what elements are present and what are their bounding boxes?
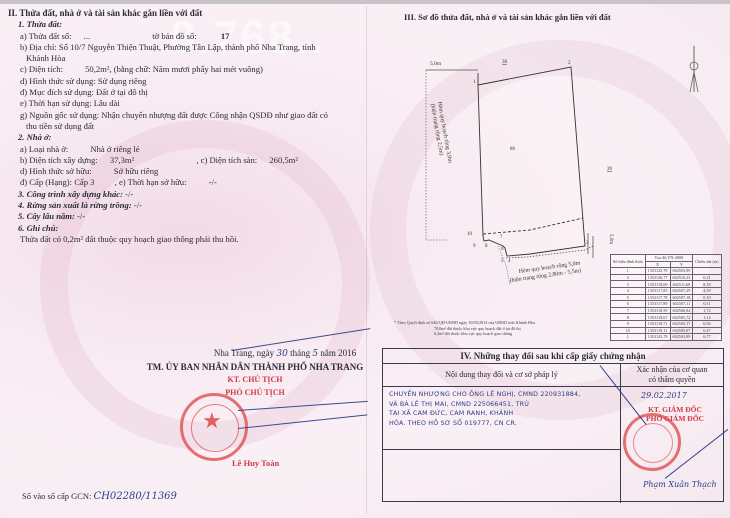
confirm-title: KT. GIÁM ĐỐC PHÓ GIÁM ĐỐC — [635, 405, 715, 423]
top-width-label: 5,0m — [430, 61, 441, 67]
svg-text:9: 9 — [473, 244, 476, 249]
svg-text:6: 6 — [501, 247, 504, 252]
scan-top-edge — [0, 0, 730, 4]
land-area: c) Diện tích: 50,2m², (bằng chữ: Năm mươ… — [8, 64, 363, 75]
signer-name: Lê Huy Toàn — [232, 458, 279, 468]
confirm-signer: Phạm Xuân Thạch — [643, 480, 717, 489]
land-use-purpose: đ) Mục đích sử dụng: Đất ở tại đô thị — [8, 87, 363, 98]
table-row: 101353119,11602505,070,47 — [611, 327, 722, 334]
section-3-title: III. Sơ đồ thửa đất, nhà ở và tài sản kh… — [404, 12, 611, 22]
page-fold — [366, 6, 367, 514]
issuer-signature-block: Nha Trang, ngày 30 tháng 5 năm 2016 TM. … — [130, 348, 380, 398]
svg-text:4: 4 — [508, 259, 511, 264]
confirm-date: 29.02.2017 — [641, 391, 687, 400]
col-confirmation: Xác nhận của cơ quan có thẩm quyền — [621, 364, 723, 386]
svg-text:1: 1 — [473, 80, 476, 85]
note-text: Thửa đất có 0,2m² đất thuộc quy hoạch gi… — [8, 234, 363, 245]
table-row: 91353118,71602505,170,56 — [611, 320, 722, 327]
gcn-register-number: Số vào sổ cấp GCN: CH02280/11369 — [22, 491, 177, 502]
section-land-house: II. Thửa đất, nhà ở và tài sản khác gắn … — [8, 8, 363, 245]
change-entry: CHUYỂN NHƯỢNG CHO ÔNG LÊ NGHỊ, CMND 2209… — [383, 387, 621, 503]
land-use-term: e) Thời hạn sử dụng: Lâu dài — [8, 98, 363, 109]
table-row: 21353126,77602510,236,31 — [611, 274, 722, 281]
table-row: 11353125,79602503,99 — [611, 268, 722, 275]
land-address: b) Địa chỉ: Số 10/7 Nguyễn Thiện Thuật, … — [8, 42, 363, 53]
land-address-cont: Khánh Hòa — [8, 53, 363, 64]
col-vertex: Số hiệu đỉnh thửa — [611, 255, 646, 268]
svg-text:8: 8 — [485, 244, 488, 249]
production-forest: 4. Rừng sản xuất là rừng trồng: -/- — [8, 200, 363, 211]
table-row: 41353117,83602507,294,39 — [611, 287, 722, 294]
perennial-trees: 5. Cây lâu năm: -/- — [8, 211, 363, 222]
svg-text:38: 38 — [502, 60, 508, 65]
land-use-form: d) Hình thức sử dụng: Sử dụng riêng — [8, 76, 363, 87]
house-ownership: d) Hình thức sở hữu: Sở hữu riêng — [8, 166, 363, 177]
svg-text:10: 10 — [467, 232, 473, 237]
table-row: 31353118,69602511,608,18 — [611, 281, 722, 288]
land-heading: 1. Thửa đất: — [8, 19, 363, 30]
issue-date: Nha Trang, ngày 30 tháng 5 năm 2016 — [160, 348, 410, 359]
svg-text:5,0m: 5,0m — [608, 234, 613, 244]
house-grade: đ) Cấp (Hạng): Cấp 3 , e) Thời hạn sở hữ… — [8, 177, 363, 188]
diagram-footnote: * Theo Quyết định số 646/QĐ-UBND ngày 19… — [394, 320, 535, 337]
changes-table: IV. Những thay đổi sau khi cấp giấy chứn… — [382, 348, 724, 502]
svg-text:39: 39 — [607, 167, 613, 172]
issuing-authority: TM. ỦY BAN NHÂN DÂN THÀNH PHỐ NHA TRANG — [130, 362, 380, 372]
land-parcel-number: a) Thửa đất số: ... tờ bản đồ số: 17 — [8, 31, 363, 42]
col-length: Chiều dài (m) — [693, 255, 721, 268]
table-row: 11353125,79602503,996,77 — [611, 334, 722, 341]
coordinates-table: Số hiệu đỉnh thửa Tọa độ VN-2000 Chiều d… — [610, 254, 722, 341]
table-row: 71353118,59602506,841,72 — [611, 307, 722, 314]
signer-title-1: KT. CHỦ TỊCH — [130, 375, 380, 385]
table-row: 61353117,89602507,110,11 — [611, 301, 722, 308]
signer-title-2: PHÓ CHỦ TỊCH — [130, 388, 380, 398]
col-change-content: Nội dung thay đổi và cơ sở pháp lý — [383, 364, 621, 386]
land-certificate-page: 0.768.. II. Thửa đất, nhà ở và tài sản k… — [0, 0, 730, 518]
note-heading: 6. Ghi chú: — [8, 223, 363, 234]
svg-text:2: 2 — [568, 61, 571, 66]
table-row: 51353117,78602507,180,10 — [611, 294, 722, 301]
col-coords: Tọa độ VN-2000 — [645, 255, 693, 262]
section-4-title: IV. Những thay đổi sau khi cấp giấy chứn… — [383, 349, 723, 364]
svg-text:3: 3 — [586, 241, 589, 246]
svg-text:86: 86 — [510, 147, 516, 152]
other-construction: 3. Công trình xây dựng khác: -/- — [8, 189, 363, 200]
north-arrow-icon — [688, 46, 700, 92]
house-type: a) Loại nhà ở: Nhà ở riêng lẻ — [8, 144, 363, 155]
house-built-area: b) Diện tích xây dựng: 37,3m² , c) Diện … — [8, 155, 363, 166]
table-row: 81353118,67602505,721,14 — [611, 314, 722, 321]
section-2-title: II. Thửa đất, nhà ở và tài sản khác gắn … — [8, 8, 363, 19]
house-heading: 2. Nhà ở: — [8, 132, 363, 143]
land-origin: g) Nguồn gốc sử dụng: Nhận chuyển nhượng… — [8, 110, 363, 121]
land-origin-cont: thu tiền sử dụng đất — [8, 121, 363, 132]
